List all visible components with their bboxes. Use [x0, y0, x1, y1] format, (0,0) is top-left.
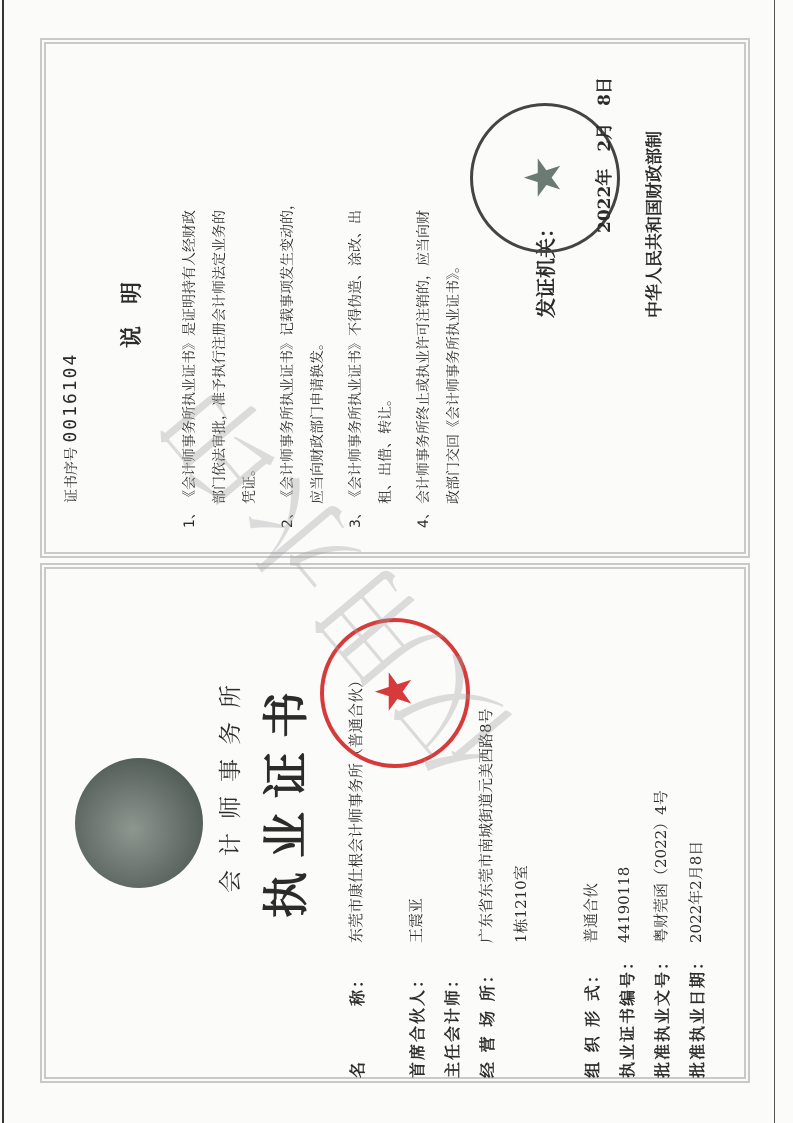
field-value: 普通合伙: [580, 883, 603, 943]
note-line: 4、会计师事务所终止或执业许可注销的，应当向财: [409, 108, 439, 528]
note-text: 会计师事务所终止或执业许可注销的，应当向财: [416, 210, 432, 504]
note-text: 《会计师事务所执业证书》不得伪造、涂改、出: [348, 210, 364, 504]
serial-number: 证书序号 0016104: [60, 353, 81, 503]
issue-date: 2022年 2月 8日: [590, 77, 615, 233]
license-subtitle: 会计师事务所: [212, 671, 245, 893]
notes-title: 说 明: [115, 282, 146, 348]
license-title: 执业证书: [250, 678, 316, 918]
field-value: 王震亚: [405, 898, 428, 943]
note-text: 租、出借、转让。: [378, 392, 394, 504]
license-field: 首席合伙人：王震亚: [405, 898, 428, 1078]
national-emblem-icon: [75, 758, 203, 888]
field-label: 执业证书编号：: [615, 943, 638, 1078]
field-value: 44190118: [615, 867, 638, 943]
star-icon: ★: [518, 155, 568, 200]
field-label: 首席合伙人：: [405, 943, 428, 1078]
field-label: 主任会计师：: [440, 943, 463, 1078]
issuer-footer: 中华人民共和国财政部制: [640, 131, 665, 318]
license-field: 1栋1210室: [510, 865, 531, 1078]
note-line: 租、出借、转让。: [371, 108, 401, 528]
field-label: 经 营 场 所：: [475, 943, 498, 1078]
field-label: 批准执业文号：: [650, 943, 673, 1078]
field-label: [510, 943, 531, 1078]
field-label: 名 称：: [345, 943, 368, 1078]
field-label: 组 织 形 式：: [580, 943, 603, 1078]
field-value: 2022年2月8日: [685, 841, 708, 943]
license-field: 主任会计师：: [440, 943, 463, 1078]
certificate-spread: 会计师事务所 执业证书 名 称：东莞市康仕根会计师事务所（普通合伙）首席合伙人：…: [0, 0, 793, 1123]
note-item: 4、会计师事务所终止或执业许可注销的，应当向财政部门交回《会计师事务所执业证书》…: [409, 108, 469, 528]
field-value: 1栋1210室: [510, 865, 531, 943]
license-field: 组 织 形 式：普通合伙: [580, 883, 603, 1078]
note-line: 3、《会计师事务所执业证书》不得伪造、涂改、出: [341, 108, 371, 528]
field-value: 粤财莞函（2022）4号: [650, 790, 673, 943]
field-label: 批准执业日期：: [685, 943, 708, 1078]
license-field: 批准执业文号：粤财莞函（2022）4号: [650, 790, 673, 1078]
license-field: 批准执业日期：2022年2月8日: [685, 841, 708, 1078]
license-field: 执业证书编号：44190118: [615, 867, 638, 1078]
note-text: 政部门交回《会计师事务所执业证书》。: [446, 259, 462, 504]
note-item: 3、《会计师事务所执业证书》不得伪造、涂改、出租、出借、转让。: [341, 108, 401, 528]
note-number: 4、: [409, 504, 439, 528]
note-line: 政部门交回《会计师事务所执业证书》。: [439, 108, 469, 528]
